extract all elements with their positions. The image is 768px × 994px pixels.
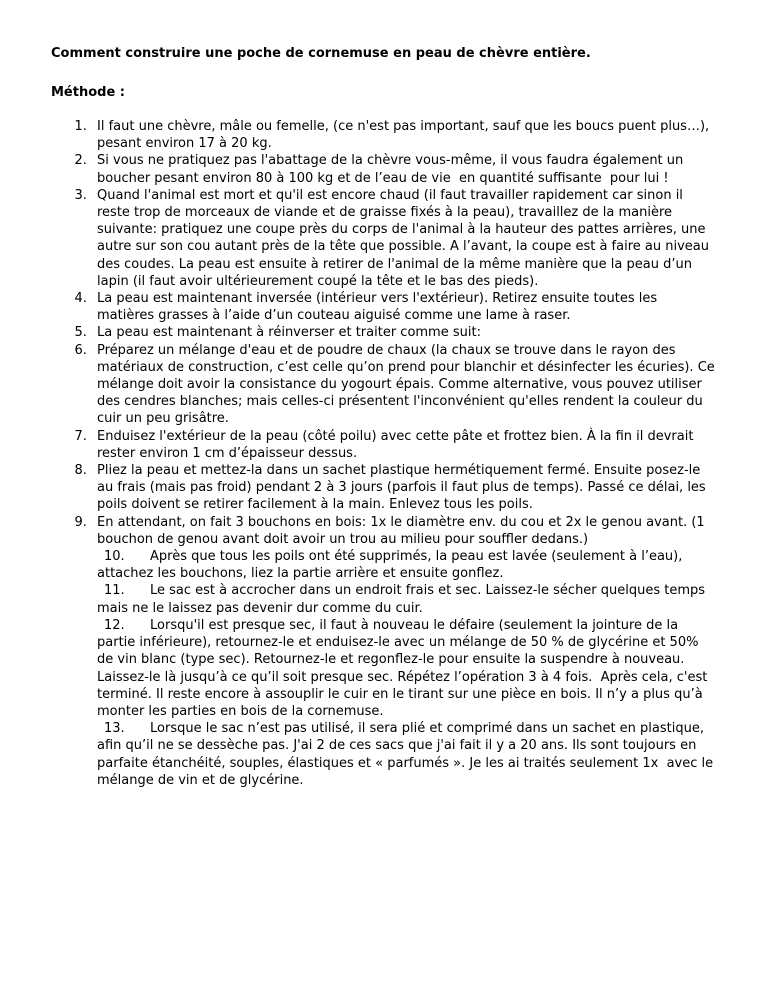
step-number: 9. xyxy=(51,514,91,531)
list-item: 3. Quand l'animal est mort et qu'il est … xyxy=(51,187,715,290)
step-text: La peau est maintenant à réinverser et t… xyxy=(97,325,481,340)
page-title: Comment construire une poche de cornemus… xyxy=(51,45,715,63)
step-text: Il faut une chèvre, mâle ou femelle, (ce… xyxy=(97,119,713,151)
step-number: 6. xyxy=(51,342,91,359)
step-text: En attendant, on fait 3 bouchons en bois… xyxy=(97,515,709,547)
step-text: Le sac est à accrocher dans un endroit f… xyxy=(97,583,709,615)
step-text: Pliez la peau et mettez-la dans un sache… xyxy=(97,463,710,512)
list-item: 12. Lorsqu'il est presque sec, il faut à… xyxy=(51,617,715,720)
list-item: 6. Préparez un mélange d'eau et de poudr… xyxy=(51,342,715,428)
step-number: 5. xyxy=(51,324,91,341)
step-text: Préparez un mélange d'eau et de poudre d… xyxy=(97,343,719,427)
step-number: 11. xyxy=(51,582,91,599)
step-text: Après que tous les poils ont été supprim… xyxy=(97,549,687,581)
list-item: 4. La peau est maintenant inversée (inté… xyxy=(51,290,715,324)
step-number: 10. xyxy=(51,548,91,565)
step-text: Enduisez l'extérieur de la peau (côté po… xyxy=(97,429,698,461)
step-text: Lorsque le sac n’est pas utilisé, il ser… xyxy=(97,721,717,788)
list-item: 2. Si vous ne pratiquez pas l'abattage d… xyxy=(51,152,715,186)
step-text: Si vous ne pratiquez pas l'abattage de l… xyxy=(97,153,687,185)
step-number: 4. xyxy=(51,290,91,307)
list-item: 1. Il faut une chèvre, mâle ou femelle, … xyxy=(51,118,715,152)
step-text: Quand l'animal est mort et qu'il est enc… xyxy=(97,188,713,289)
step-text: La peau est maintenant inversée (intérie… xyxy=(97,291,661,323)
step-number: 7. xyxy=(51,428,91,445)
list-item: 11. Le sac est à accrocher dans un endro… xyxy=(51,582,715,616)
steps-list: 1. Il faut une chèvre, mâle ou femelle, … xyxy=(51,118,715,789)
list-item: 10. Après que tous les poils ont été sup… xyxy=(51,548,715,582)
step-number: 13. xyxy=(51,720,91,737)
step-text: Lorsqu'il est presque sec, il faut à nou… xyxy=(97,618,711,719)
step-number: 12. xyxy=(51,617,91,634)
list-item: 13. Lorsque le sac n’est pas utilisé, il… xyxy=(51,720,715,789)
list-item: 7. Enduisez l'extérieur de la peau (côté… xyxy=(51,428,715,462)
step-number: 1. xyxy=(51,118,91,135)
document-page: Comment construire une poche de cornemus… xyxy=(0,0,768,994)
list-item: 5. La peau est maintenant à réinverser e… xyxy=(51,324,715,341)
step-number: 3. xyxy=(51,187,91,204)
list-item: 8. Pliez la peau et mettez-la dans un sa… xyxy=(51,462,715,514)
list-item: 9. En attendant, on fait 3 bouchons en b… xyxy=(51,514,715,548)
step-number: 2. xyxy=(51,152,91,169)
step-number: 8. xyxy=(51,462,91,479)
section-heading-methode: Méthode : xyxy=(51,84,715,102)
